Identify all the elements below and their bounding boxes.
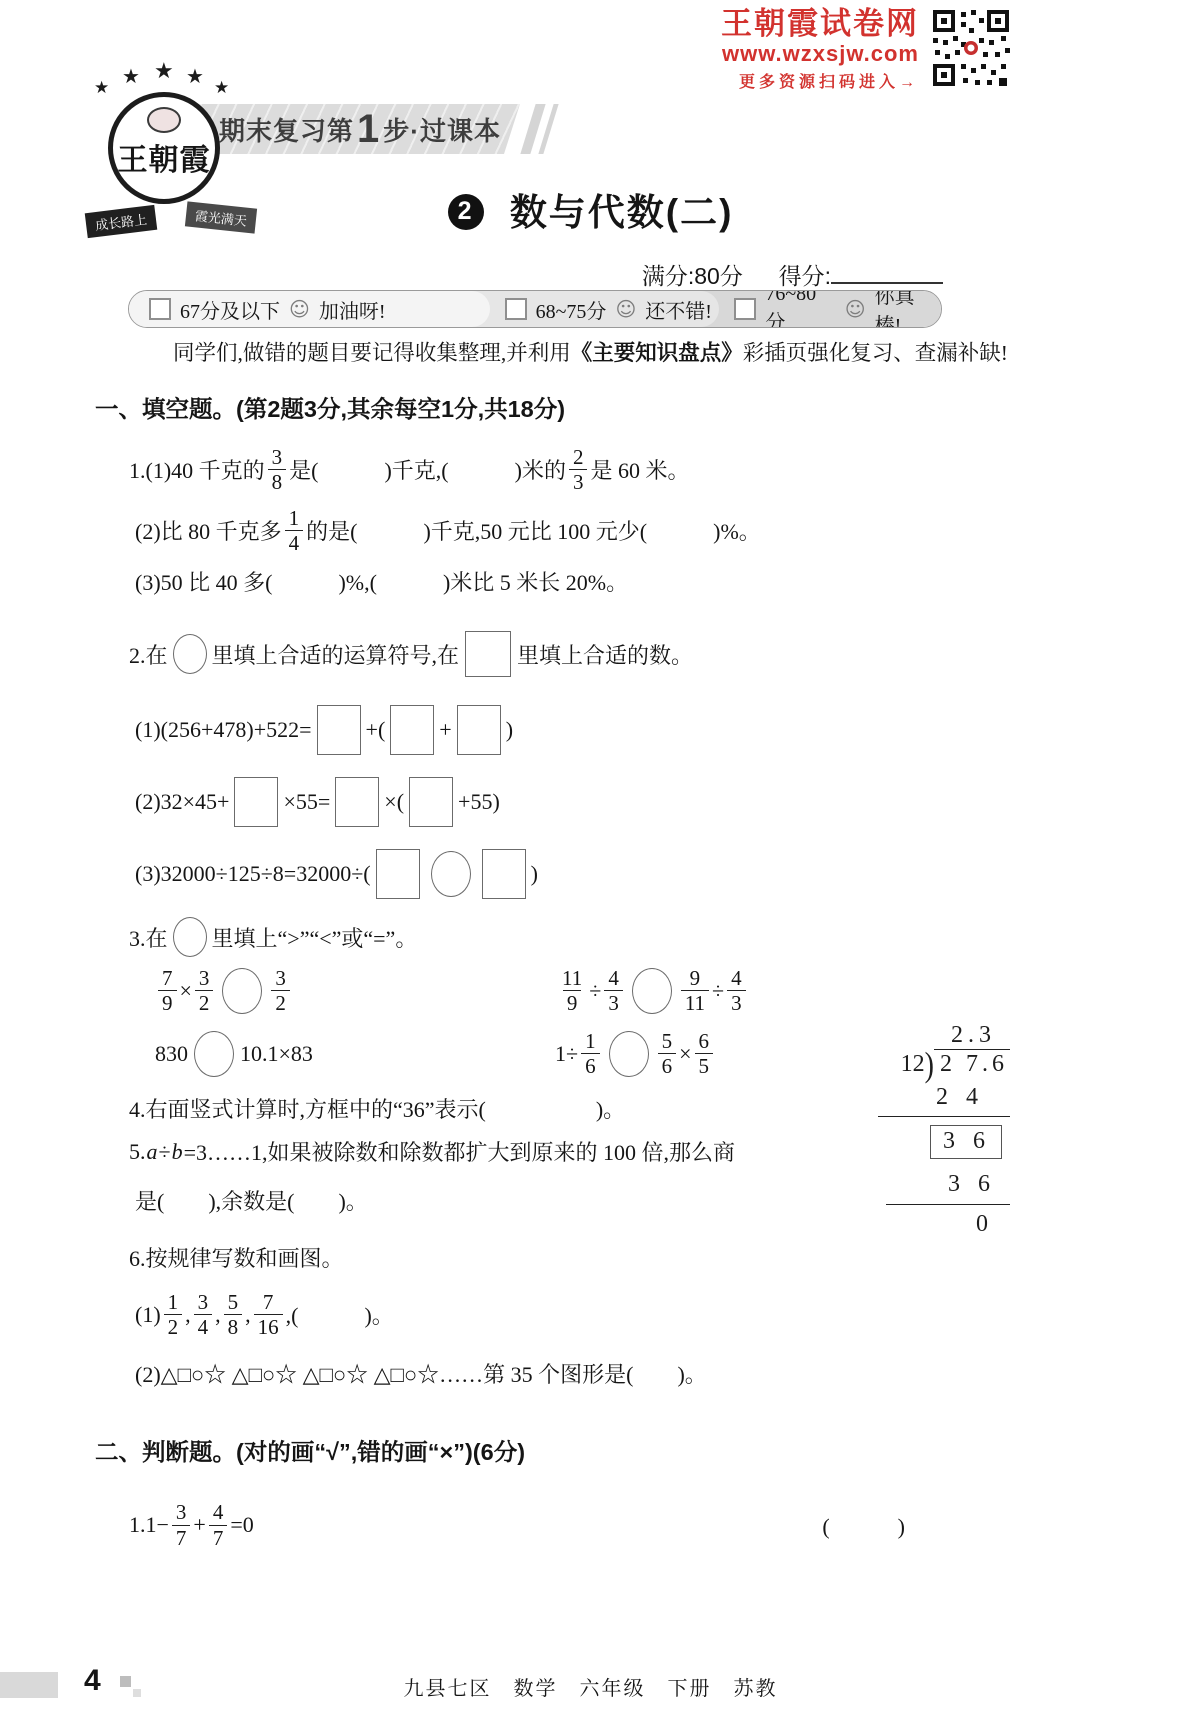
fraction: 23: [569, 446, 588, 493]
answer-box[interactable]: [335, 777, 379, 827]
judge-question-1: 1.1− 37 + 47 =0 ( ): [129, 1501, 1025, 1548]
star-icon: ★: [186, 64, 204, 89]
compare-circle[interactable]: [222, 968, 262, 1014]
fraction: 911: [681, 967, 709, 1014]
question-2-2: (2)32×45+ ×55= ×( +55): [135, 777, 1025, 827]
score-band-high: 76~80分 ☺ 你真棒!: [700, 291, 941, 327]
notice-line: 同学们,做错的题目要记得收集整理,并利用《主要知识盘点》彩插页强化复习、查漏补缺…: [0, 336, 1181, 367]
band-range: 76~80分: [765, 290, 835, 328]
compare-item: 1÷ 16 56 × 65: [555, 1030, 716, 1077]
section1-heading: 一、填空题。(第2题3分,其余每空1分,共18分): [95, 390, 1025, 424]
division-divisor: 12: [901, 1051, 925, 1078]
fraction: 12: [164, 1291, 183, 1338]
division-bracket-icon: ): [925, 1050, 934, 1081]
face-icon: ☺: [615, 299, 636, 319]
site-url: www.wzxsjw.com: [721, 41, 919, 67]
question-2-1: (1)(256+478)+522= +( + ): [135, 705, 1025, 755]
division-boxed-row: 3 6: [852, 1125, 1010, 1159]
division-quotient: 2.3: [852, 1022, 1010, 1049]
operator-circle[interactable]: [431, 851, 471, 897]
fraction: 38: [268, 446, 287, 493]
division-step-2: 3 6: [886, 1165, 1010, 1205]
banner-pre: 期末复习第: [219, 111, 354, 148]
site-text: 王朝霞试卷网 www.wzxsjw.com 更多资源扫码进入→: [721, 8, 919, 92]
compare-circle[interactable]: [632, 968, 672, 1014]
star-icon: ★: [214, 78, 229, 98]
division-highlight-box: 3 6: [930, 1125, 1002, 1159]
fraction: 56: [658, 1030, 677, 1077]
badge-circle: 王朝霞: [108, 92, 220, 204]
answer-box[interactable]: [317, 705, 361, 755]
compare-row-1: 79 × 32 32 119 ÷ 43 911 ÷ 43: [155, 967, 1025, 1014]
fraction: 47: [209, 1501, 228, 1548]
answer-box[interactable]: [390, 705, 434, 755]
compare-circle[interactable]: [194, 1031, 234, 1077]
portrait-icon: [147, 107, 181, 133]
qr-code-icon: [931, 8, 1011, 88]
question-6-heading: 6.按规律写数和画图。: [129, 1242, 1025, 1273]
compare-item: 119 ÷ 43 911 ÷ 43: [555, 967, 749, 1014]
face-icon: ☺: [289, 299, 310, 319]
title-text: 数与代数(二): [510, 192, 734, 233]
division-remainder: 0: [852, 1211, 1010, 1238]
answer-box[interactable]: [457, 705, 501, 755]
got-score-label: 得分:: [779, 263, 831, 289]
fraction: 16: [581, 1030, 600, 1077]
operator-circle[interactable]: [173, 634, 207, 674]
site-header: 王朝霞试卷网 www.wzxsjw.com 更多资源扫码进入→: [721, 8, 1011, 92]
operator-circle[interactable]: [173, 917, 207, 957]
fraction: 43: [727, 967, 746, 1014]
band-range: 68~75分: [536, 295, 607, 324]
compare-item: 79 × 32 32: [155, 967, 555, 1014]
question-6-2: (2)△□○☆ △□○☆ △□○☆ △□○☆……第 35 个图形是( )。: [135, 1358, 1025, 1389]
site-name: 王朝霞试卷网: [721, 8, 919, 41]
compare-circle[interactable]: [609, 1031, 649, 1077]
notice-book-title: 《主要知识盘点》: [571, 341, 743, 365]
band-remark: 你真棒!: [875, 290, 941, 328]
fraction: 79: [158, 967, 177, 1014]
checkbox[interactable]: [734, 298, 756, 320]
judge-answer-blank[interactable]: ( ): [822, 1510, 913, 1541]
main-content: 一、填空题。(第2题3分,其余每空1分,共18分) 1.(1)40 千克的 38…: [95, 390, 1025, 1549]
fraction: 34: [194, 1291, 213, 1338]
band-remark: 还不错!: [645, 295, 712, 324]
question-1-3: (3)50 比 40 多( )%,( )米比 5 米长 20%。: [135, 566, 1025, 597]
worksheet-page: 王朝霞试卷网 www.wzxsjw.com 更多资源扫码进入→: [0, 0, 1181, 1730]
question-1-1: 1.(1)40 千克的 38 是( )千克,( )米的 23 是 60 米。: [129, 446, 1025, 493]
fraction: 65: [695, 1030, 714, 1077]
question-6-1: (1) 12 , 34 , 58 , 716 ,( )。: [135, 1291, 1025, 1338]
fraction: 119: [558, 967, 586, 1014]
score-line: 满分:80分 得分:: [642, 258, 943, 291]
answer-box[interactable]: [234, 777, 278, 827]
score-band-mid: 68~75分 ☺ 还不错!: [471, 291, 720, 327]
star-icon: ★: [122, 64, 140, 89]
checkbox[interactable]: [149, 298, 171, 320]
star-icon: ★: [94, 78, 109, 98]
division-main-row: 12 ) 2 7.6: [852, 1049, 1010, 1078]
long-division-figure: 2.3 12 ) 2 7.6 2 4 3 6 3 6 0: [852, 1022, 1010, 1238]
fraction: 14: [285, 507, 304, 554]
answer-box[interactable]: [482, 849, 526, 899]
fraction: 716: [254, 1291, 283, 1338]
fraction: 43: [604, 967, 623, 1014]
score-band-low: 67分及以下 ☺ 加油呀!: [129, 291, 490, 327]
section2-heading: 二、判断题。(对的画“√”,错的画“×”)(6分): [95, 1433, 1025, 1467]
banner-post: 步·过课本: [383, 111, 501, 148]
compare-item: 830 10.1×83: [155, 1031, 555, 1077]
site-tagline: 更多资源扫码进入→: [721, 69, 919, 92]
band-remark: 加油呀!: [319, 295, 386, 324]
division-dividend: 2 7.6: [934, 1049, 1010, 1078]
answer-box[interactable]: [376, 849, 420, 899]
score-blank[interactable]: [831, 262, 943, 284]
answer-box[interactable]: [409, 777, 453, 827]
answer-box[interactable]: [465, 631, 511, 677]
footer-info: 九县七区 数学 六年级 下册 苏教: [0, 1672, 1181, 1701]
question-3-heading: 3.在 里填上“>”“<”或“=”。: [129, 917, 1025, 957]
fraction: 32: [195, 967, 214, 1014]
fraction: 37: [172, 1501, 191, 1548]
fraction: 58: [224, 1291, 243, 1338]
fraction: 32: [271, 967, 290, 1014]
checkbox[interactable]: [505, 298, 527, 320]
variable-b: b: [171, 1139, 184, 1165]
badge-brand: 王朝霞: [113, 135, 215, 179]
face-icon: ☺: [845, 299, 866, 319]
question-2-heading: 2.在 里填上合适的运算符号,在 里填上合适的数。: [129, 631, 1025, 677]
full-score-label: 满分:80分: [642, 263, 743, 289]
band-range: 67分及以下: [180, 295, 280, 324]
star-icon: ★: [154, 58, 174, 84]
division-step-1: 2 4: [878, 1084, 1010, 1117]
question-1-2: (2)比 80 千克多 14 的是( )千克,50 元比 100 元少( )%。: [135, 507, 1025, 554]
title-number-badge: 2: [448, 194, 484, 230]
banner-step-number: 1: [357, 109, 380, 149]
question-2-3: (3)32000÷125÷8=32000÷( ): [135, 849, 1025, 899]
variable-a: a: [146, 1139, 159, 1165]
score-bands: 67分及以下 ☺ 加油呀! 68~75分 ☺ 还不错! 76~80分 ☺ 你真棒…: [128, 290, 942, 328]
chapter-banner: 期末复习第 1 步·过课本: [200, 104, 520, 154]
